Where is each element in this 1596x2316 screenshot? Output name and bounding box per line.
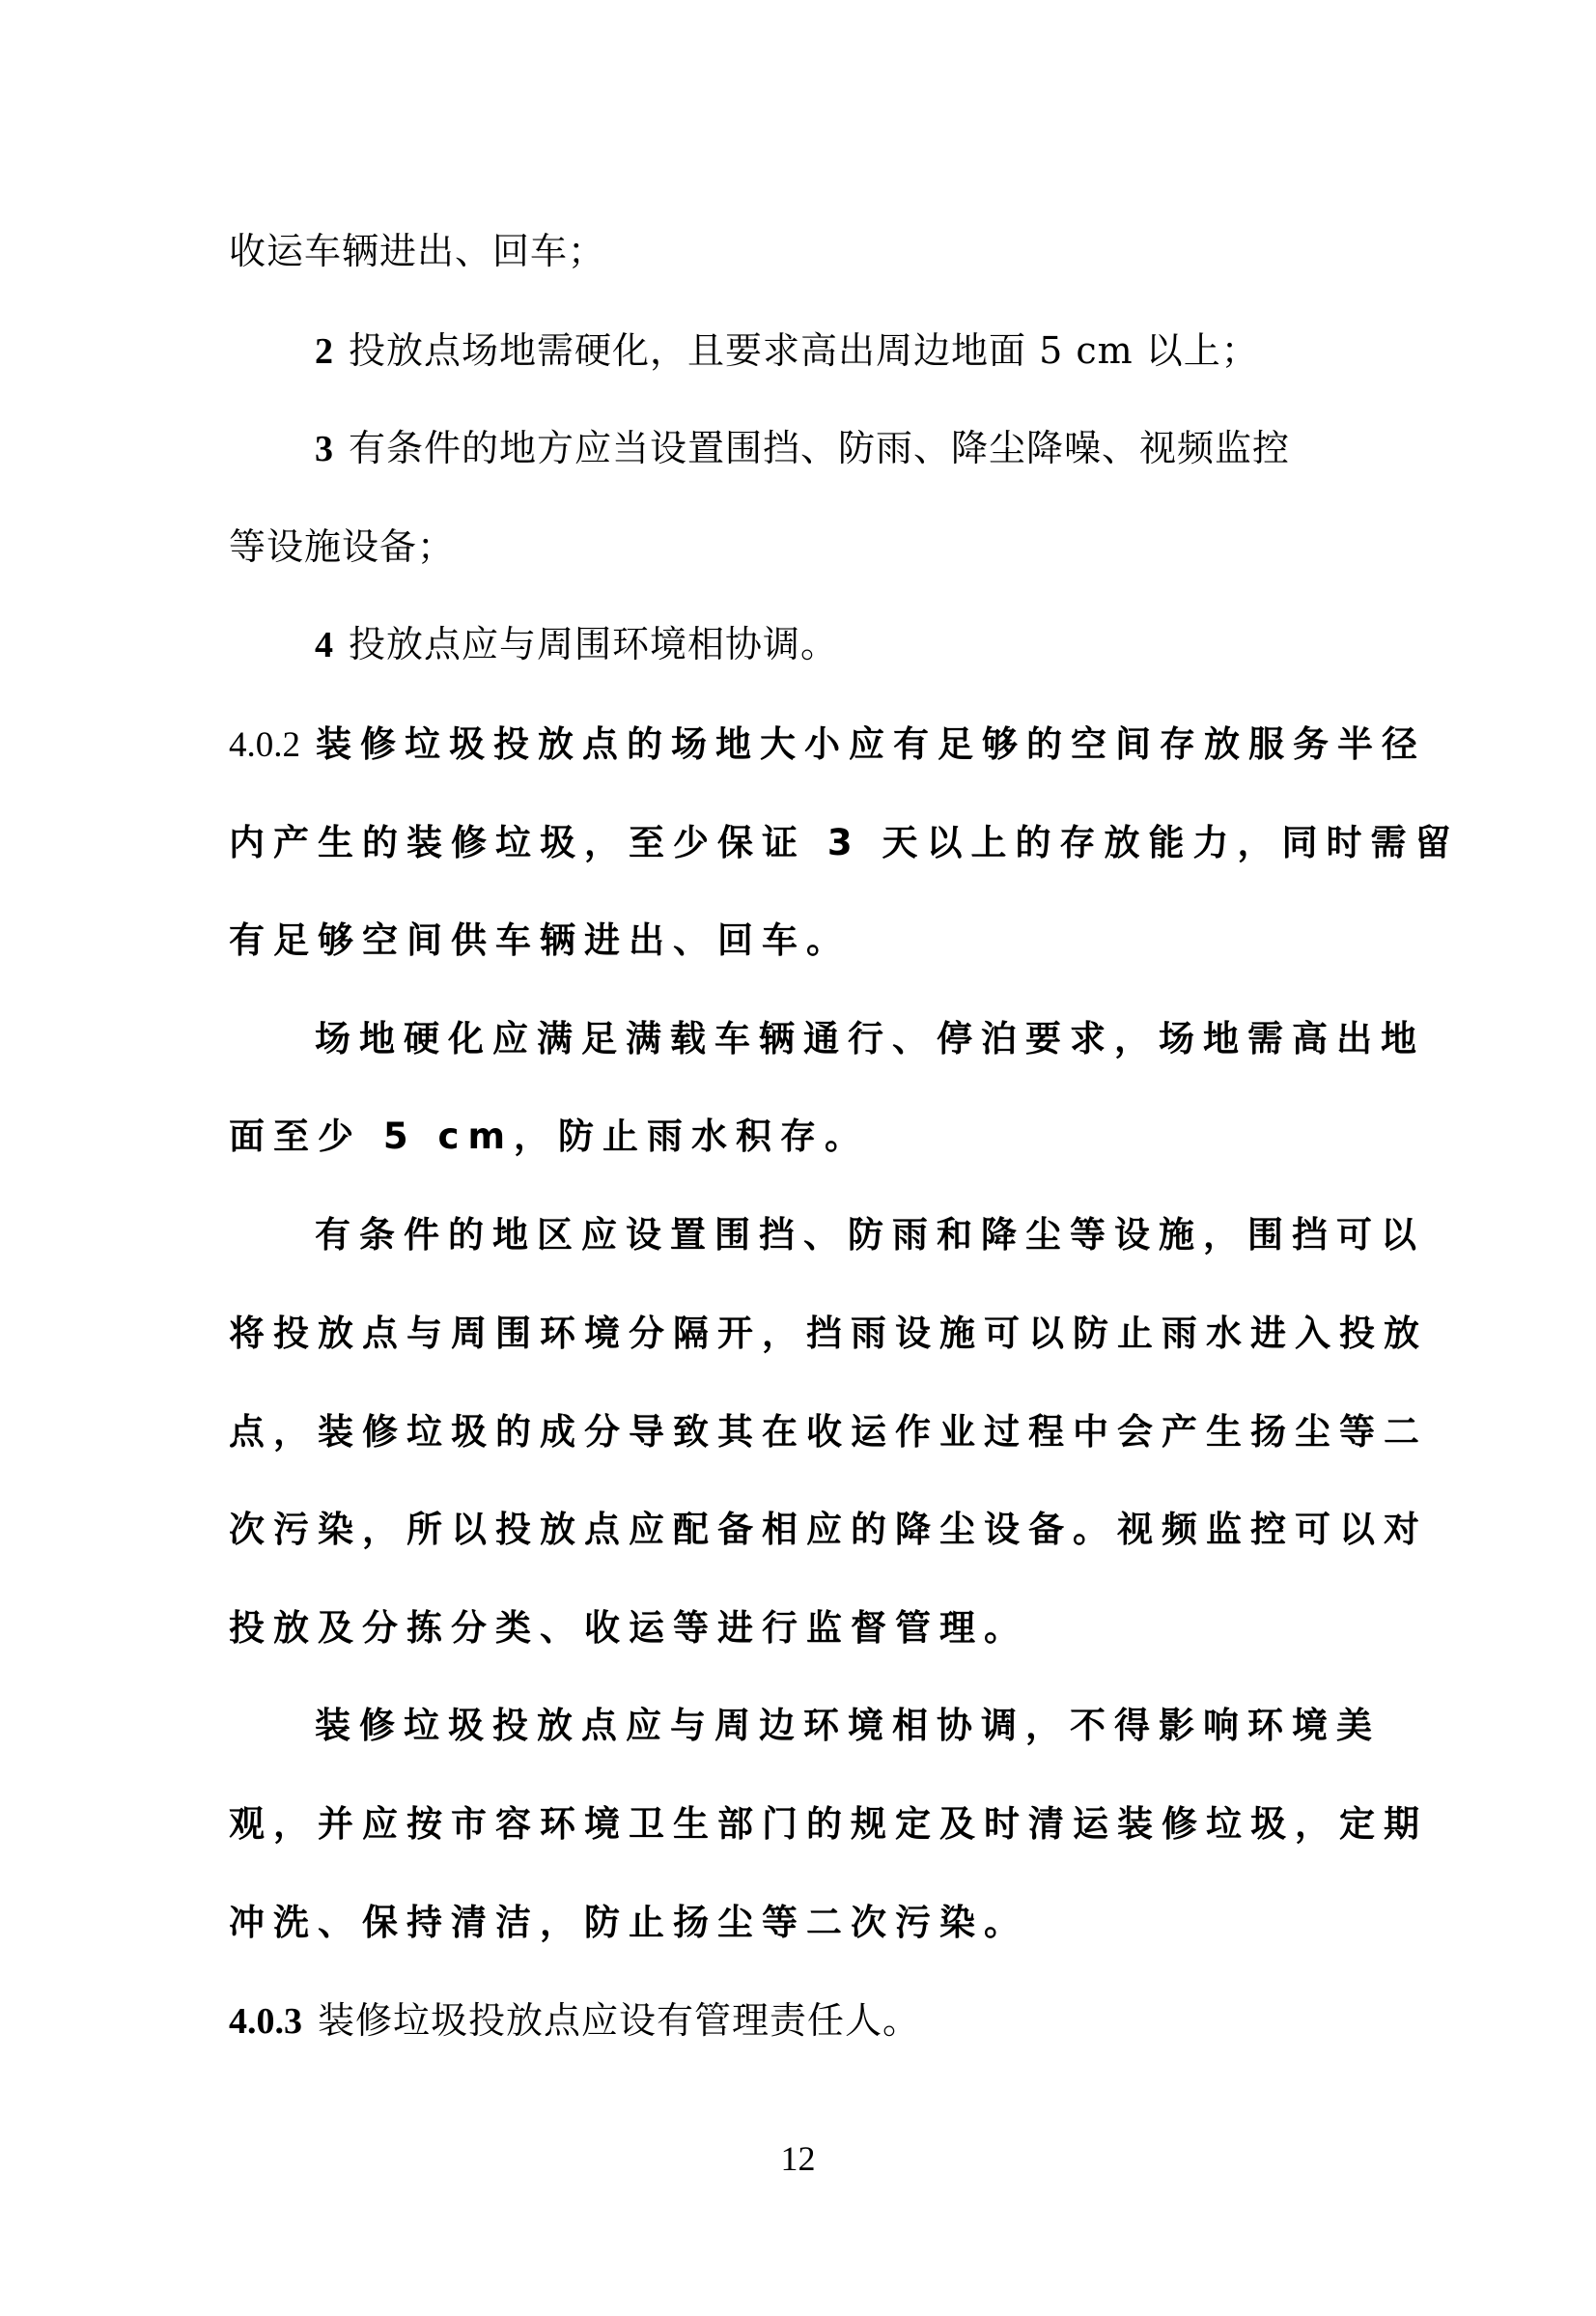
commentary-line: 面至少 5 cm，防止雨水积存。 <box>229 1114 869 1160</box>
line-text: 投放及分拣分类、收运等进行监督管理。 <box>229 1607 1028 1649</box>
line-text: 装修垃圾投放点应与周边环境相协调，不得影响环境美 <box>315 1705 1381 1746</box>
commentary-line: 次污染，所以投放点应配备相应的降尘设备。视频监控可以对 <box>229 1507 1428 1553</box>
clause-heading-4-0-3: 4.0.3装修垃圾投放点应设有管理责任人。 <box>229 1997 920 2045</box>
line-text: 观，并应按市容环境卫生部门的规定及时清运装修垃圾，定期 <box>229 1803 1428 1845</box>
clause-text: 装修垃圾投放点应设有管理责任人。 <box>318 1999 920 2042</box>
commentary-line: 场地硬化应满足满载车辆通行、停泊要求，场地需高出地 <box>315 1016 1425 1062</box>
item-number: 4 <box>315 625 333 665</box>
commentary-line: 观，并应按市容环境卫生部门的规定及时清运装修垃圾，定期 <box>229 1801 1428 1848</box>
line-text: 场地硬化应满足满载车辆通行、停泊要求，场地需高出地 <box>315 1018 1425 1059</box>
commentary-line: 将投放点与周围环境分隔开，挡雨设施可以防止雨水进入投放 <box>229 1311 1428 1357</box>
commentary-line: 投放及分拣分类、收运等进行监督管理。 <box>229 1605 1028 1652</box>
text-line: 等设施设备； <box>229 523 455 570</box>
item-number: 3 <box>315 429 333 469</box>
line-text: 有条件的地区应设置围挡、防雨和降尘等设施，围挡可以 <box>315 1214 1425 1256</box>
item-number: 2 <box>315 331 333 372</box>
commentary-line: 点，装修垃圾的成分导致其在收运作业过程中会产生扬尘等二 <box>229 1409 1428 1455</box>
line-text: 内产生的装修垃圾，至少保证 3 天以上的存放能力，同时需留 <box>229 822 1460 863</box>
item-text: 投放点应与周围环境相协调。 <box>349 623 838 665</box>
clause-number: 4.0.3 <box>229 2001 302 2042</box>
line-text: 等设施设备； <box>229 525 455 568</box>
item-text: 有条件的地方应当设置围挡、防雨、降尘降噪、视频监控 <box>349 427 1290 469</box>
clause-number: 4.0.2 <box>229 725 300 765</box>
list-item: 2投放点场地需硬化，且要求高出周边地面 5 cm 以上； <box>315 327 1259 375</box>
line-text: 有足够空间供车辆进出、回车。 <box>229 919 851 961</box>
line-text: 冲洗、保持清洁，防止扬尘等二次污染。 <box>229 1902 1028 1943</box>
line-text: 收运车辆进出、回车； <box>229 230 605 272</box>
clause-text: 装修垃圾投放点的场地大小应有足够的空间存放服务半径 <box>316 723 1426 765</box>
document-page: 收运车辆进出、回车； 2投放点场地需硬化，且要求高出周边地面 5 cm 以上； … <box>0 0 1596 2316</box>
commentary-line: 装修垃圾投放点应与周边环境相协调，不得影响环境美 <box>315 1703 1381 1749</box>
line-text: 次污染，所以投放点应配备相应的降尘设备。视频监控可以对 <box>229 1509 1428 1550</box>
commentary-line: 内产生的装修垃圾，至少保证 3 天以上的存放能力，同时需留 <box>229 820 1460 866</box>
commentary-line: 有条件的地区应设置围挡、防雨和降尘等设施，围挡可以 <box>315 1212 1425 1258</box>
list-item: 3有条件的地方应当设置围挡、防雨、降尘降噪、视频监控 <box>315 425 1290 472</box>
list-item: 4投放点应与周围环境相协调。 <box>315 621 838 668</box>
line-text: 面至少 5 cm，防止雨水积存。 <box>229 1116 869 1157</box>
clause-heading-4-0-2: 4.0.2装修垃圾投放点的场地大小应有足够的空间存放服务半径 <box>229 721 1426 769</box>
commentary-line: 有足够空间供车辆进出、回车。 <box>229 918 851 964</box>
commentary-line: 冲洗、保持清洁，防止扬尘等二次污染。 <box>229 1900 1028 1946</box>
page-number: 12 <box>0 2138 1596 2179</box>
text-line: 收运车辆进出、回车； <box>229 228 605 274</box>
line-text: 点，装修垃圾的成分导致其在收运作业过程中会产生扬尘等二 <box>229 1411 1428 1453</box>
item-text: 投放点场地需硬化，且要求高出周边地面 5 cm 以上； <box>349 329 1259 372</box>
line-text: 将投放点与周围环境分隔开，挡雨设施可以防止雨水进入投放 <box>229 1313 1428 1354</box>
